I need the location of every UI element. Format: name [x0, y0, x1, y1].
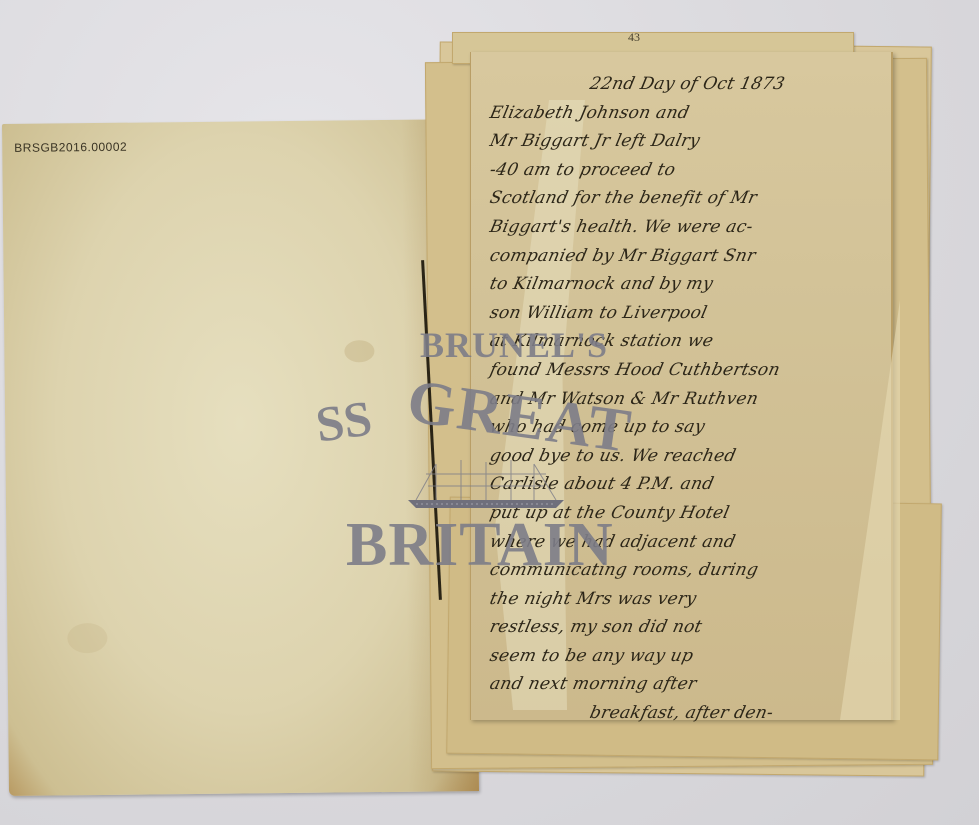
paper-stain	[344, 340, 374, 362]
handwritten-line: good bye to us. We reached	[487, 442, 893, 471]
handwritten-line: to Kilmarnock and by my	[487, 270, 893, 299]
handwritten-line: seem to be any way up	[487, 642, 893, 671]
handwritten-line: -40 am to proceed to	[487, 156, 893, 185]
handwritten-line: 22nd Day of Oct 1873	[487, 70, 893, 99]
handwritten-line: Carlisle about 4 P.M. and	[487, 470, 893, 499]
handwritten-line: son William to Liverpool	[487, 299, 893, 328]
handwritten-line: restless, my son did not	[487, 613, 893, 642]
handwritten-line: the night Mrs was very	[487, 585, 893, 614]
paper-stain	[67, 623, 107, 653]
accession-number-label: BRSGB2016.00002	[14, 140, 127, 155]
document-cover-page: BRSGB2016.00002	[2, 119, 479, 796]
handwritten-line: put up at the County Hotel	[487, 499, 893, 528]
handwritten-line: communicating rooms, during	[487, 556, 893, 585]
handwritten-line: Scotland for the benefit of Mr	[487, 184, 893, 213]
handwritten-line: Biggart's health. We were ac-	[487, 213, 893, 242]
handwritten-line: found Messrs Hood Cuthbertson	[487, 356, 893, 385]
page-number: 43	[628, 30, 640, 45]
handwritten-text: 22nd Day of Oct 1873 Elizabeth Johnson a…	[490, 70, 890, 728]
handwritten-line: breakfast, after den-	[487, 699, 893, 728]
handwritten-line: and Mr Watson & Mr Ruthven	[487, 385, 893, 414]
handwritten-line: who had come up to say	[487, 413, 893, 442]
handwritten-line: companied by Mr Biggart Snr	[487, 242, 893, 271]
handwritten-line: Elizabeth Johnson and	[487, 99, 893, 128]
handwritten-line: Mr Biggart Jr left Dalry	[487, 127, 893, 156]
handwritten-line: where we had adjacent and	[487, 528, 893, 557]
handwritten-line: at Kilmarnock station we	[487, 327, 893, 356]
handwritten-line: and next morning after	[487, 670, 893, 699]
